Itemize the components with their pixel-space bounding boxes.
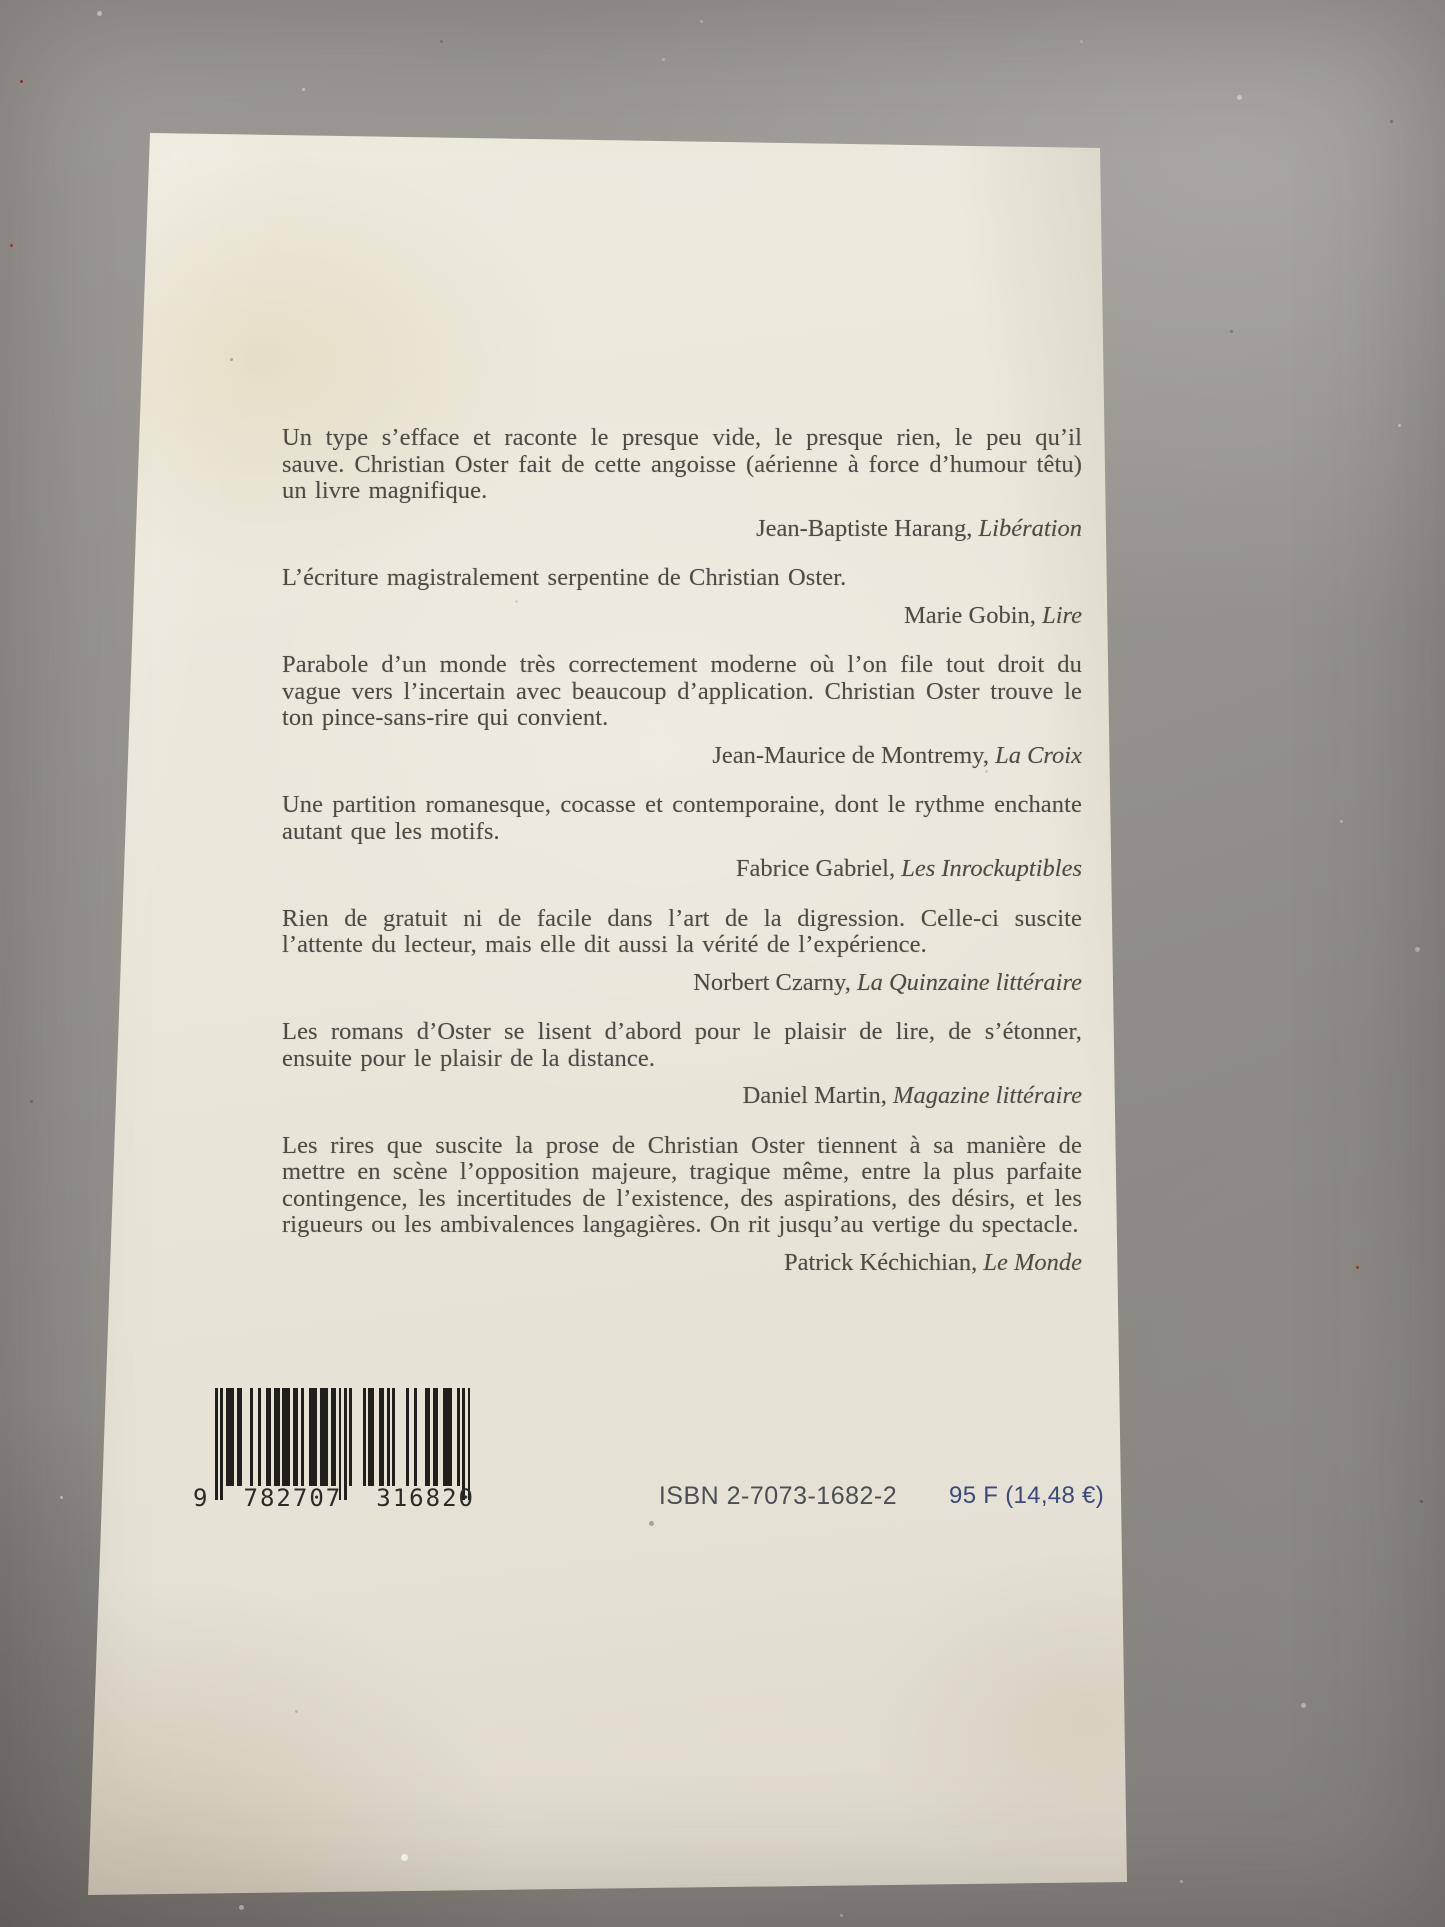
quotes-list: Un type s’efface et raconte le presque v… — [282, 425, 1082, 1299]
press-quote: L’écriture magistralement serpentine de … — [282, 565, 1082, 629]
quote-text: Les romans d’Oster se lisent d’abord pou… — [282, 1019, 1082, 1072]
attribution-author: Daniel Martin, — [743, 1082, 893, 1109]
attribution-source: Les Inrockuptibles — [901, 855, 1082, 882]
barcode-digit-group: 782707 — [244, 1484, 343, 1512]
cover-specks — [85, 130, 88, 133]
attribution-author: Jean-Maurice de Montremy, — [712, 742, 995, 769]
attribution-source: La Quinzaine littéraire — [857, 969, 1082, 996]
attribution-author: Marie Gobin, — [904, 602, 1042, 629]
photo-of-book-back-cover: { "cover": { "quotes": [ { "text": "Un t… — [0, 0, 1445, 1927]
attribution-source: Magazine littéraire — [893, 1082, 1082, 1109]
attribution-source: Libération — [979, 515, 1082, 542]
press-quote: Les romans d’Oster se lisent d’abord pou… — [282, 1019, 1082, 1110]
attribution-source: La Croix — [995, 742, 1082, 769]
quote-text: Rien de gratuit ni de facile dans l’art … — [282, 906, 1082, 959]
press-quote: Une partition romanesque, cocasse et con… — [282, 792, 1082, 883]
attribution-author: Jean-Baptiste Harang, — [756, 515, 978, 542]
barcode-digit-group: 316820 — [376, 1484, 475, 1512]
attribution-author: Norbert Czarny, — [693, 969, 857, 996]
attribution-author: Fabrice Gabriel, — [736, 855, 901, 882]
quote-text: Parabole d’un monde très correctement mo… — [282, 652, 1082, 732]
quote-text: Une partition romanesque, cocasse et con… — [282, 792, 1082, 845]
quote-attribution: Marie Gobin, Lire — [282, 603, 1082, 630]
attribution-source: Le Monde — [983, 1249, 1082, 1276]
press-quote: Un type s’efface et raconte le presque v… — [282, 425, 1082, 542]
quote-text: Un type s’efface et raconte le presque v… — [282, 425, 1082, 505]
attribution-author: Patrick Kéchichian, — [784, 1249, 983, 1276]
quote-attribution: Fabrice Gabriel, Les Inrockuptibles — [282, 856, 1082, 883]
isbn-text: ISBN 2-7073-1682-2 — [608, 1482, 948, 1511]
quote-attribution: Jean-Maurice de Montremy, La Croix — [282, 743, 1082, 770]
quote-text: Les rires que suscite la prose de Christ… — [282, 1133, 1082, 1239]
barcode-digits: 9782707316820 — [193, 1484, 475, 1512]
quote-attribution: Jean-Baptiste Harang, Libération — [282, 516, 1082, 543]
quote-attribution: Daniel Martin, Magazine littéraire — [282, 1083, 1082, 1110]
book-back-cover: Un type s’efface et raconte le presque v… — [85, 130, 1130, 1895]
press-quote: Parabole d’un monde très correctement mo… — [282, 652, 1082, 769]
barcode-digit-group: 9 — [193, 1484, 209, 1512]
price-text: 95 F (14,48 €) — [949, 1482, 1104, 1510]
quote-text: L’écriture magistralement serpentine de … — [282, 565, 1082, 592]
background-speckles — [0, 0, 3, 3]
press-quote: Rien de gratuit ni de facile dans l’art … — [282, 906, 1082, 997]
press-quote: Les rires que suscite la prose de Christ… — [282, 1133, 1082, 1277]
quote-attribution: Norbert Czarny, La Quinzaine littéraire — [282, 970, 1082, 997]
barcode: 9782707316820 — [215, 1388, 471, 1512]
attribution-source: Lire — [1042, 602, 1082, 629]
quote-attribution: Patrick Kéchichian, Le Monde — [282, 1250, 1082, 1277]
